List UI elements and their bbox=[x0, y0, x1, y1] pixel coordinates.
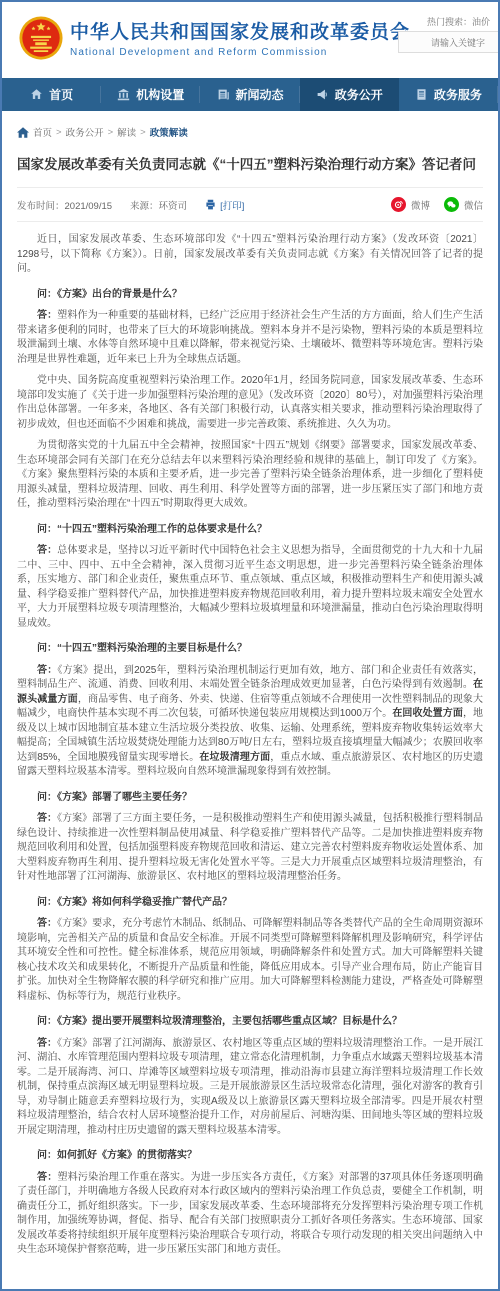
share-weibo-button[interactable]: 微博 bbox=[391, 197, 430, 212]
site-titles: 中华人民共和国国家发展和改革委员会 National Development a… bbox=[70, 17, 410, 58]
article-paragraph: 党中央、国务院高度重视塑料污染治理工作。2020年1月，经国务院同意，国家发展改… bbox=[17, 374, 483, 432]
breadcrumb: 首页 > 政务公开 > 解读 > 政策解读 bbox=[2, 111, 498, 145]
article-paragraph: 答：《方案》要求，充分考虑竹木制品、纸制品、可降解塑料制品等各类替代产品的全生命… bbox=[17, 917, 483, 1004]
site-title-en: National Development and Reform Commissi… bbox=[70, 47, 410, 58]
nav-item-gov-services[interactable]: 政务服务 bbox=[399, 78, 498, 111]
page-title: 国家发展改革委有关负责同志就《“十四五”塑料污染治理行动方案》答记者问 bbox=[2, 145, 498, 175]
article-question: 问：《方案》出台的背景是什么？ bbox=[17, 288, 483, 303]
nav-item-gov-affairs-open[interactable]: 政务公开 bbox=[300, 78, 399, 111]
nav-item-label: 首页 bbox=[49, 86, 73, 103]
page: 中华人民共和国国家发展和改革委员会 National Development a… bbox=[0, 0, 500, 1291]
print-label: [打印] bbox=[220, 198, 244, 212]
article-meta-share: 微博 微信 bbox=[391, 197, 483, 212]
national-emblem-icon bbox=[18, 15, 64, 61]
article-question: 问：“十四五”塑料污染治理工作的总体要求是什么？ bbox=[17, 523, 483, 538]
article-paragraph: 答：塑料作为一种重要的基础材料，已经广泛应用于经济社会生产生活的方方面面，给人们… bbox=[17, 309, 483, 367]
share-weibo-label: 微博 bbox=[411, 198, 430, 212]
search-input[interactable] bbox=[399, 32, 500, 54]
wechat-icon bbox=[444, 197, 459, 212]
main-nav: 首页 机构设置 新闻动态 政务公开 政务服务 bbox=[2, 78, 498, 111]
share-wechat-label: 微信 bbox=[464, 198, 483, 212]
megaphone-icon bbox=[316, 88, 329, 101]
nav-item-label: 新闻动态 bbox=[236, 86, 284, 103]
institution-icon bbox=[117, 88, 130, 101]
article-question: 问：“十四五”塑料污染治理的主要目标是什么？ bbox=[17, 642, 483, 657]
article-question: 问：《方案》提出要开展塑料垃圾清理整治，主要包括哪些重点区域？目标是什么？ bbox=[17, 1015, 483, 1030]
article-paragraph: 近日，国家发展改革委、生态环境部印发《“十四五”塑料污染治理行动方案》（发改环资… bbox=[17, 233, 483, 277]
breadcrumb-item-policy-interpretation: 政策解读 bbox=[150, 125, 188, 139]
publish-time: 发布时间：2021/09/15 bbox=[17, 198, 112, 212]
site-title-cn: 中华人民共和国国家发展和改革委员会 bbox=[70, 17, 410, 44]
hot-search-term[interactable]: 油价 bbox=[472, 17, 490, 27]
site-header: 中华人民共和国国家发展和改革委员会 National Development a… bbox=[2, 2, 498, 78]
article-question: 问：《方案》将如何科学稳妥推广替代产品？ bbox=[17, 896, 483, 911]
article-body: 近日，国家发展改革委、生态环境部印发《“十四五”塑料污染治理行动方案》（发改环资… bbox=[2, 222, 498, 1289]
article-paragraph: 答：《方案》部署了三方面主要任务，一是积极推动塑料生产和使用源头减量，包括积极推… bbox=[17, 812, 483, 885]
breadcrumb-item-home[interactable]: 首页 bbox=[33, 125, 52, 139]
printer-icon bbox=[205, 199, 216, 210]
home-icon bbox=[30, 88, 43, 101]
article-meta: 发布时间：2021/09/15 来源：环资司 [打印] 微博 微信 bbox=[17, 187, 483, 222]
document-icon bbox=[415, 88, 428, 101]
nav-item-label: 机构设置 bbox=[136, 86, 184, 103]
breadcrumb-separator: > bbox=[108, 127, 114, 138]
news-icon bbox=[217, 88, 230, 101]
print-button[interactable]: [打印] bbox=[205, 198, 244, 212]
nav-item-institution[interactable]: 机构设置 bbox=[101, 78, 200, 111]
breadcrumb-home-icon[interactable] bbox=[17, 127, 29, 138]
article-paragraph: 答：总体要求是，坚持以习近平新时代中国特色社会主义思想为指导，全面贯彻党的十九大… bbox=[17, 544, 483, 631]
nav-item-label: 政务服务 bbox=[434, 86, 482, 103]
article-source: 来源：环资司 bbox=[130, 198, 187, 212]
article-paragraph: 为贯彻落实党的十九届五中全会精神，按照国家“十四五”规划《纲要》部署要求，国家发… bbox=[17, 439, 483, 512]
article-paragraph: 答：《方案》提出，到2025年，塑料污染治理机制运行更加有效，地方、部门和企业责… bbox=[17, 664, 483, 780]
breadcrumb-item-gov-open[interactable]: 政务公开 bbox=[66, 125, 104, 139]
article-question: 问：如何抓好《方案》的贯彻落实？ bbox=[17, 1149, 483, 1164]
share-wechat-button[interactable]: 微信 bbox=[444, 197, 483, 212]
search-box bbox=[398, 31, 500, 53]
breadcrumb-separator: > bbox=[56, 127, 62, 138]
article-paragraph: 答：《方案》部署了江河湖海、旅游景区、农村地区等重点区域的塑料垃圾清理整治工作。… bbox=[17, 1037, 483, 1139]
article-question: 问：《方案》部署了哪些主要任务？ bbox=[17, 791, 483, 806]
breadcrumb-separator: > bbox=[140, 127, 146, 138]
hot-search: 热门搜索：油价 bbox=[427, 15, 490, 28]
article-meta-left: 发布时间：2021/09/15 来源：环资司 [打印] bbox=[17, 198, 244, 212]
nav-item-label: 政务公开 bbox=[335, 86, 383, 103]
weibo-icon bbox=[391, 197, 406, 212]
nav-item-home[interactable]: 首页 bbox=[2, 78, 101, 111]
breadcrumb-item-interpretation[interactable]: 解读 bbox=[117, 125, 136, 139]
hot-search-label: 热门搜索： bbox=[427, 17, 472, 27]
nav-item-news[interactable]: 新闻动态 bbox=[200, 78, 299, 111]
article-paragraph: 答：塑料污染治理工作重在落实。为进一步压实各方责任，《方案》对部署的37项具体任… bbox=[17, 1171, 483, 1258]
